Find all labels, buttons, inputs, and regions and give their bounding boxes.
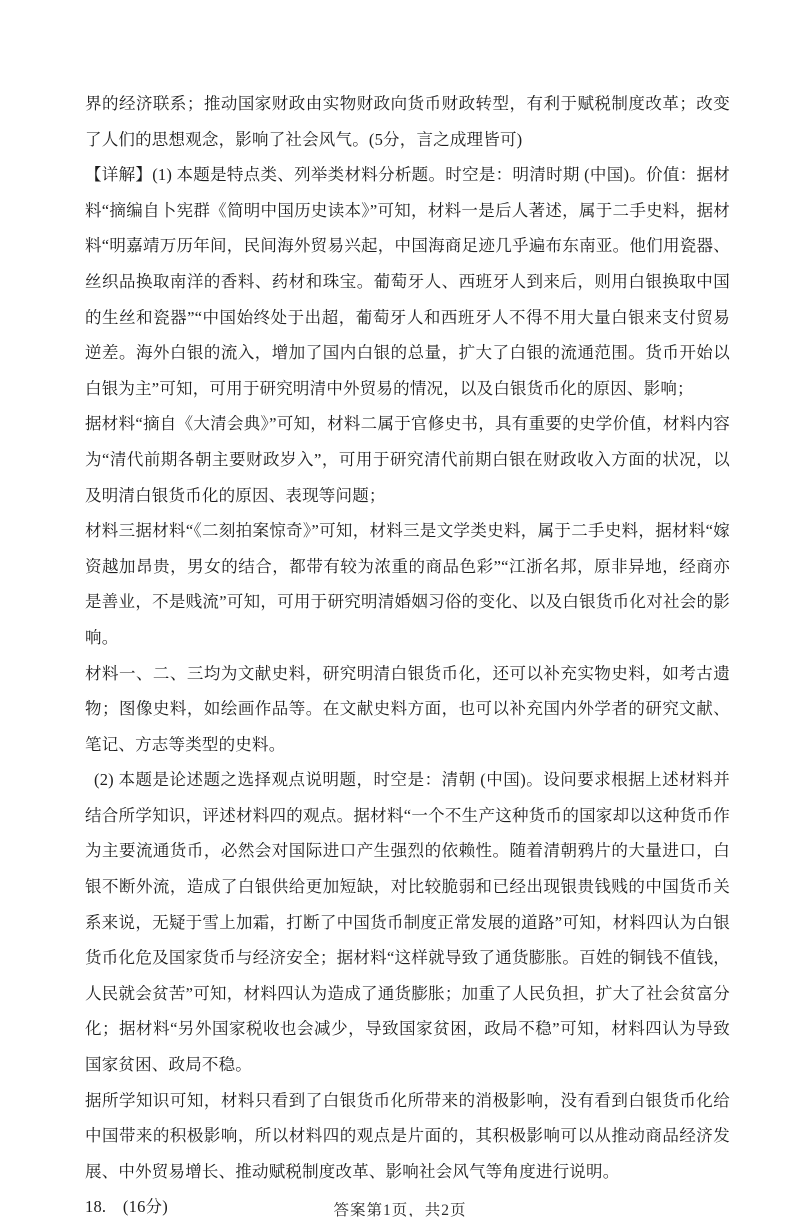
page-footer-pagination: 答案第1页，共2页 [0, 1203, 800, 1217]
answer-sheet-page: 界的经济联系；推动国家财政由实物财政向货币财政转型，有利于赋税制度改革；改变了人… [0, 0, 800, 1217]
paragraph-detail-supplement-sources: 材料一、二、三均为文献史料，研究明清白银货币化，还可以补充实物史料，如考古遗物；… [85, 656, 730, 763]
paragraph-detail-material3: 材料三据材料“《二刻拍案惊奇》”可知，材料三是文学类史料，属于二手史料，据材料“… [85, 513, 730, 655]
answer-explanation-body: 界的经济联系；推动国家财政由实物财政向货币财政转型，有利于赋税制度改革；改变了人… [85, 86, 730, 1217]
paragraph-detail-material2: 据材料“摘自《大清会典》”可知，材料二属于官修史书，具有重要的史学价值，材料内容… [85, 406, 730, 513]
paragraph-detail-part2: (2) 本题是论述题之选择观点说明题，时空是：清朝 (中国)。设问要求根据上述材… [85, 762, 730, 1082]
paragraph-detail-part1-material1: 【详解】(1) 本题是特点类、列举类材料分析题。时空是：明清时期 (中国)。价值… [85, 157, 730, 406]
paragraph-detail-conclusion: 据所学知识可知，材料只看到了白银货币化所带来的消极影响，没有看到白银货币化给中国… [85, 1083, 730, 1190]
paragraph-answer-continuation: 界的经济联系；推动国家财政由实物财政向货币财政转型，有利于赋税制度改革；改变了人… [85, 86, 730, 157]
